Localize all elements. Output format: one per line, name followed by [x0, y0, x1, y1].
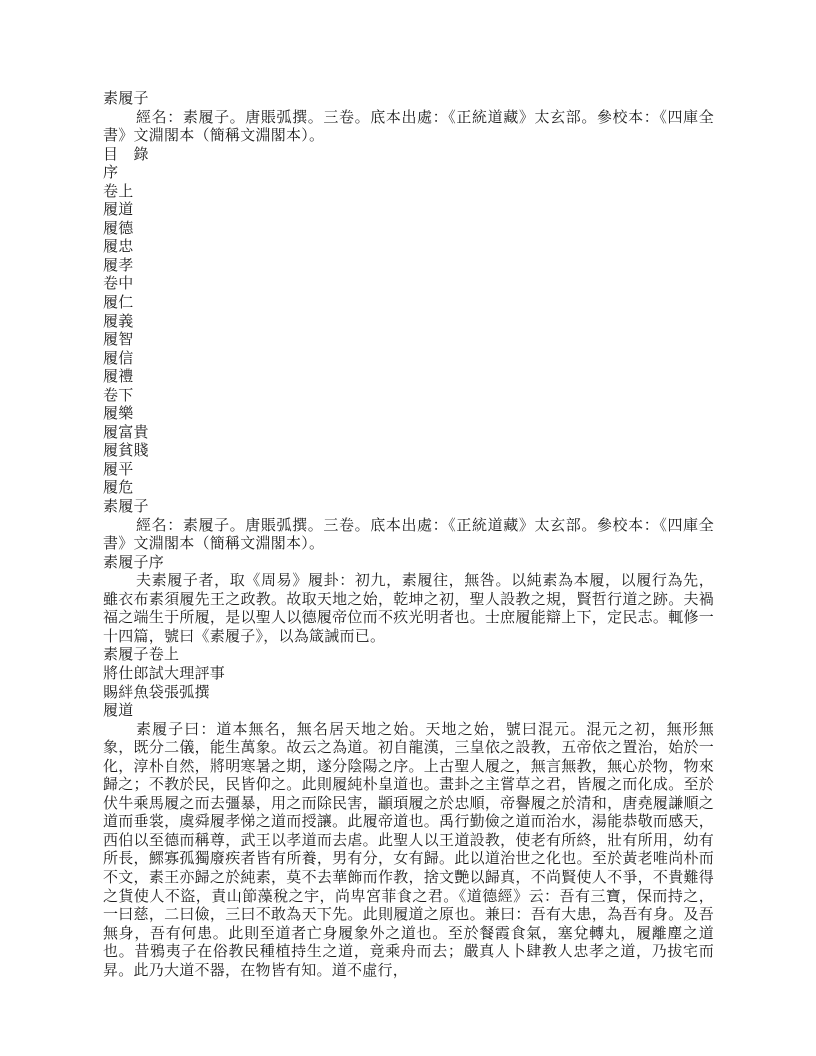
toc-item: 履忠: [103, 238, 714, 257]
toc-item: 卷上: [103, 183, 714, 202]
volume-heading: 素履子卷上: [103, 646, 714, 665]
preface-heading: 素履子序: [103, 554, 714, 573]
chapter-body-text: 素履子曰：道本無名，無名居天地之始。天地之始，號曰混元。混元之初，無形無象，既分…: [103, 721, 714, 981]
toc-item: 履孝: [103, 257, 714, 276]
document-page: 素履子 經名：素履子。唐賬弧撰。三卷。底本出處：《正統道藏》太玄部。參校本：《四…: [0, 0, 816, 1056]
toc-item: 履危: [103, 479, 714, 498]
toc-item: 履智: [103, 331, 714, 350]
toc-item: 卷下: [103, 387, 714, 406]
chapter-heading: 履道: [103, 702, 714, 721]
document-title: 素履子: [103, 90, 714, 109]
author-title-line: 將仕郎試大理評事: [103, 665, 714, 684]
document-title-repeat: 素履子: [103, 498, 714, 517]
toc-item: 履信: [103, 350, 714, 369]
toc-item: 履仁: [103, 294, 714, 313]
toc-item: 履禮: [103, 368, 714, 387]
text-content: 素履子 經名：素履子。唐賬弧撰。三卷。底本出處：《正統道藏》太玄部。參校本：《四…: [103, 90, 714, 980]
toc-header: 目 錄: [103, 146, 714, 165]
toc-item: 履德: [103, 220, 714, 239]
toc-item: 履樂: [103, 405, 714, 424]
toc-item: 履義: [103, 313, 714, 332]
toc-item: 履貧賤: [103, 442, 714, 461]
colophon-repeat: 經名：素履子。唐賬弧撰。三卷。底本出處：《正統道藏》太玄部。參校本：《四庫全書》…: [103, 517, 714, 554]
toc-item: 履平: [103, 461, 714, 480]
colophon: 經名：素履子。唐賬弧撰。三卷。底本出處：《正統道藏》太玄部。參校本：《四庫全書》…: [103, 109, 714, 146]
preface-text: 夫素履子者，取《周易》履卦：初九，素履往，無咎。以純素為本履，以履行為先，雖衣布…: [103, 572, 714, 646]
author-name-line: 賜絆魚袋張弧撰: [103, 684, 714, 703]
toc-item: 卷中: [103, 275, 714, 294]
toc-item: 序: [103, 164, 714, 183]
toc-item: 履道: [103, 201, 714, 220]
toc-item: 履富貴: [103, 424, 714, 443]
